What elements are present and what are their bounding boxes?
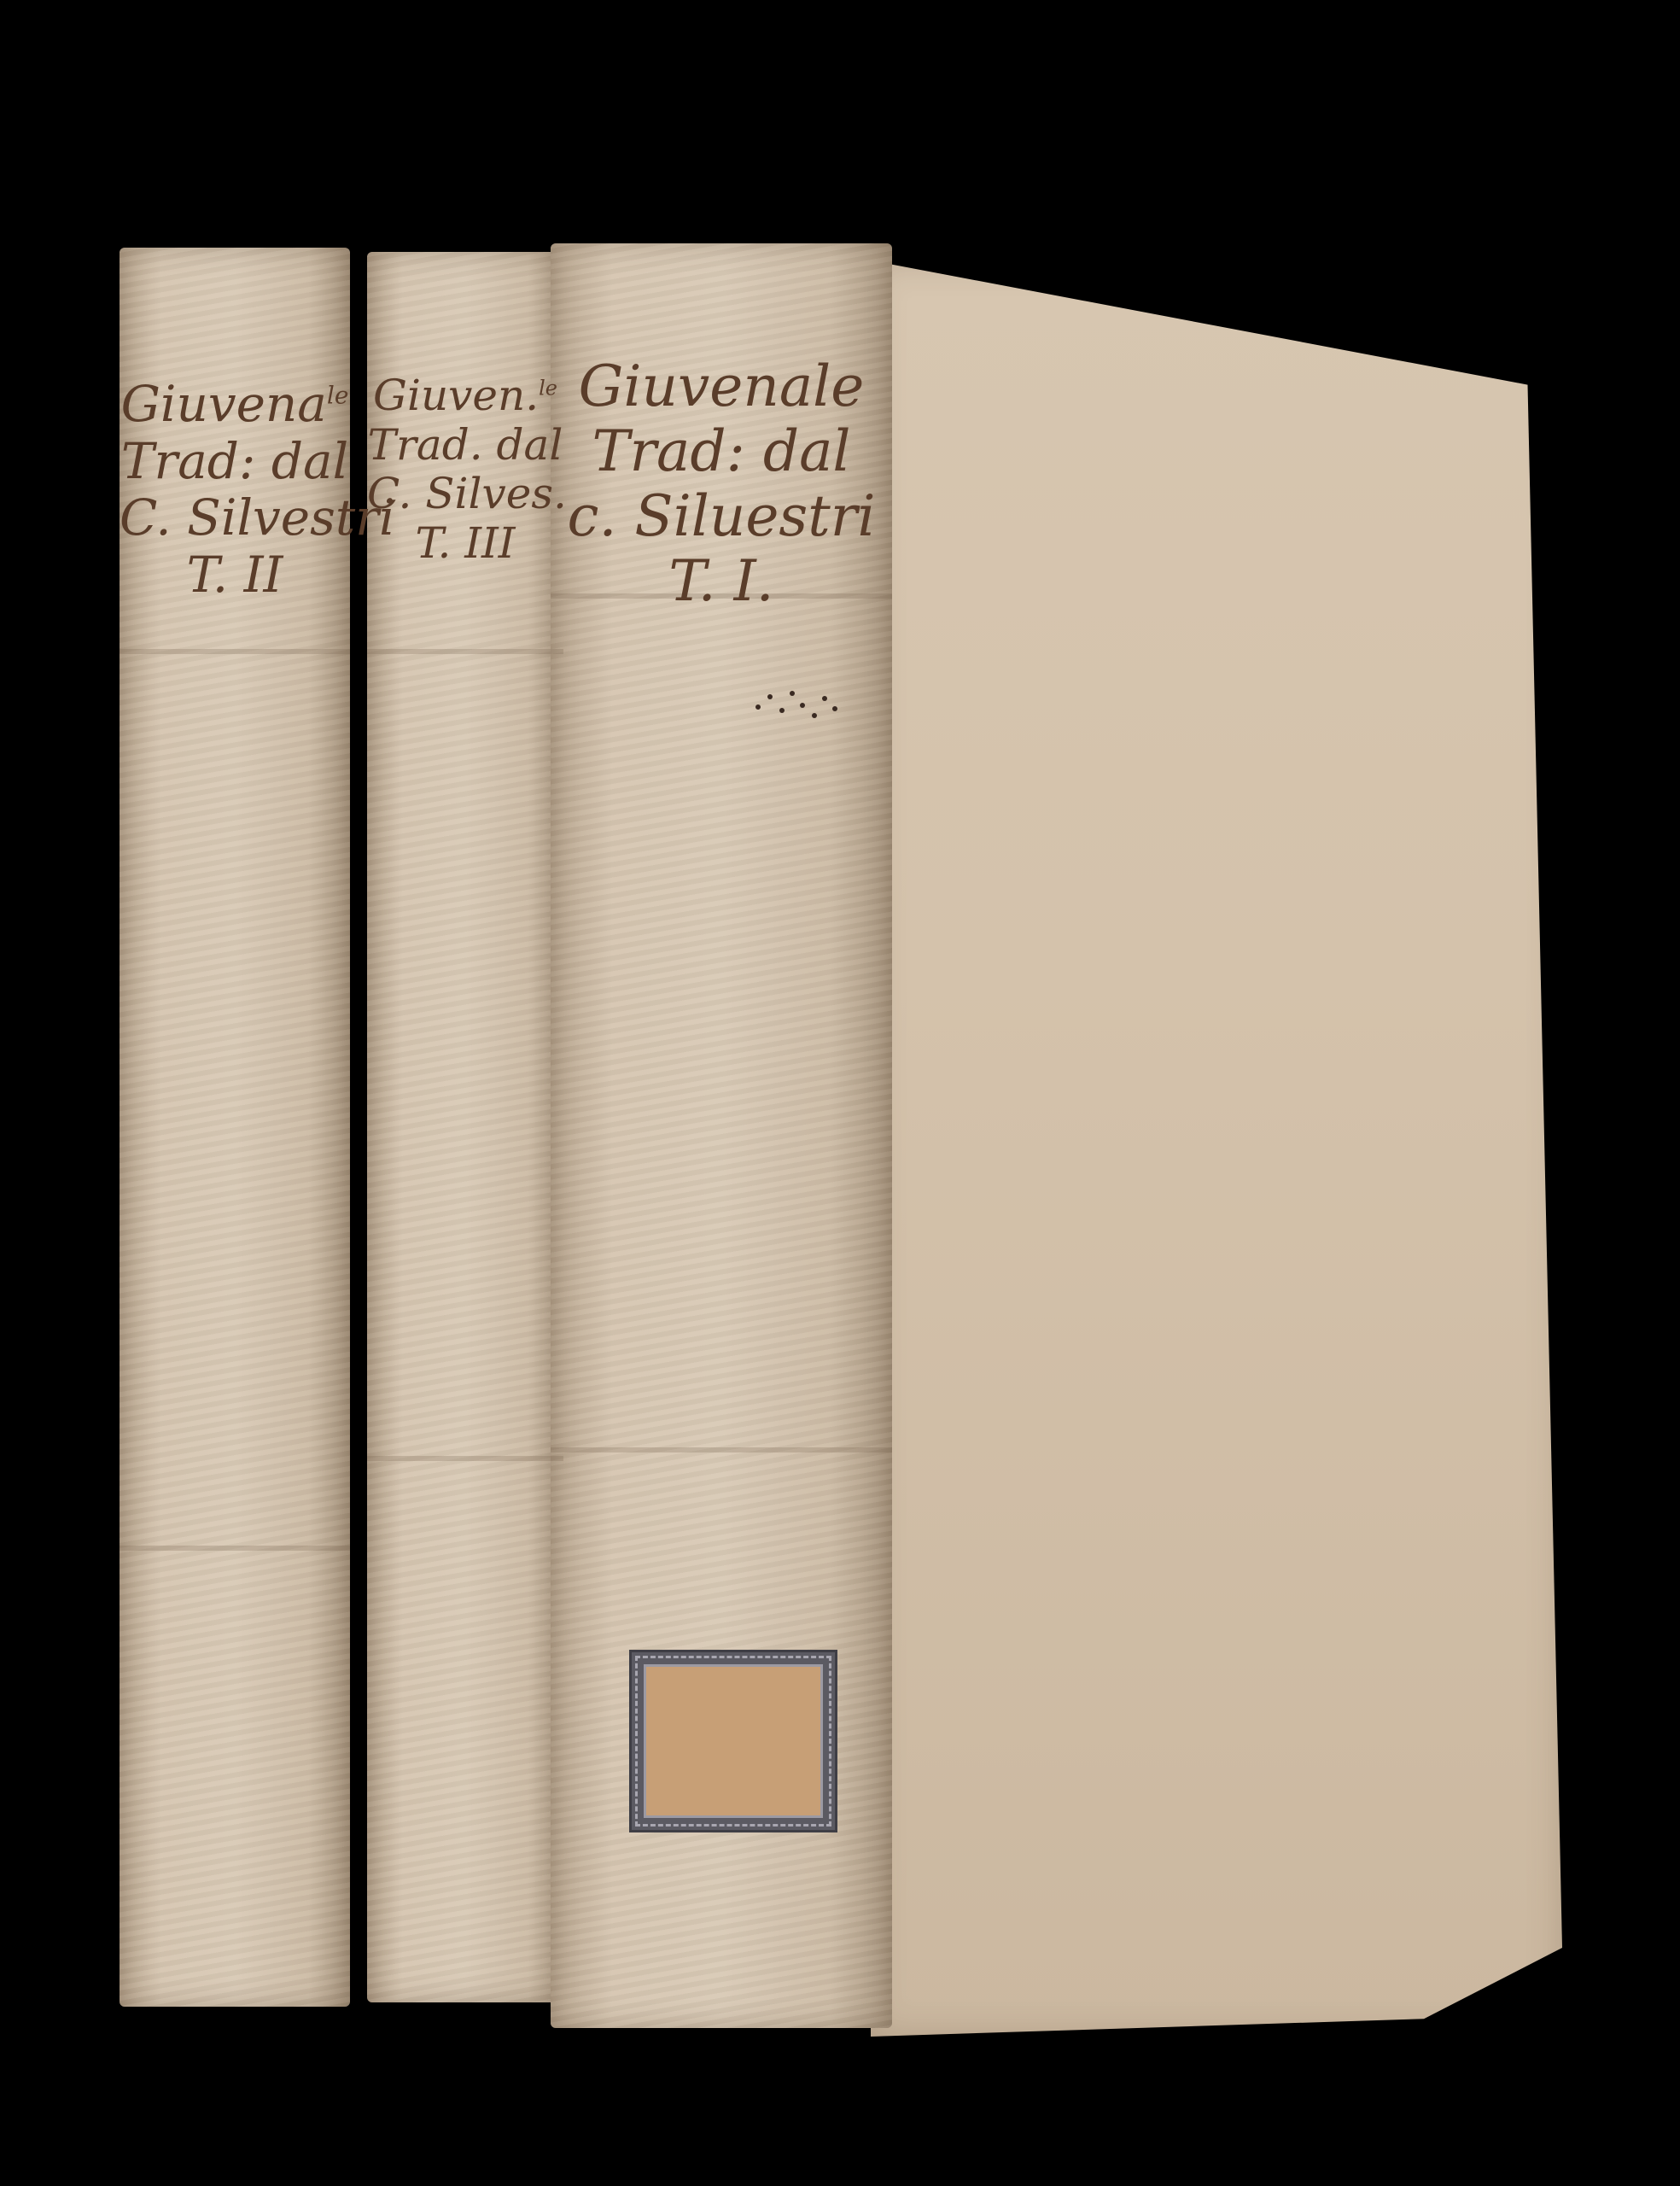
book-spine: Giuvenale Trad: dal c. Siluestri T. I. bbox=[551, 243, 892, 2028]
book-spine: Giuvenale Trad: dal C. Silvestri T. II bbox=[120, 248, 350, 2007]
spine-title: Giuvenale Trad: dal C. Silvestri T. II bbox=[120, 376, 350, 604]
ink-specks bbox=[755, 687, 858, 739]
shelf-label bbox=[632, 1652, 835, 1830]
photo-scene: Giuvenale Trad: dal C. Silvestri T. II G… bbox=[0, 0, 1680, 2186]
spine-title: Giuven.le Trad. dal C. Silves. T. III bbox=[367, 371, 563, 568]
book-cover bbox=[871, 260, 1562, 2037]
book-spine: Giuven.le Trad. dal C. Silves. T. III bbox=[367, 252, 563, 2002]
spine-title: Giuvenale Trad: dal c. Siluestri T. I. bbox=[551, 354, 892, 614]
